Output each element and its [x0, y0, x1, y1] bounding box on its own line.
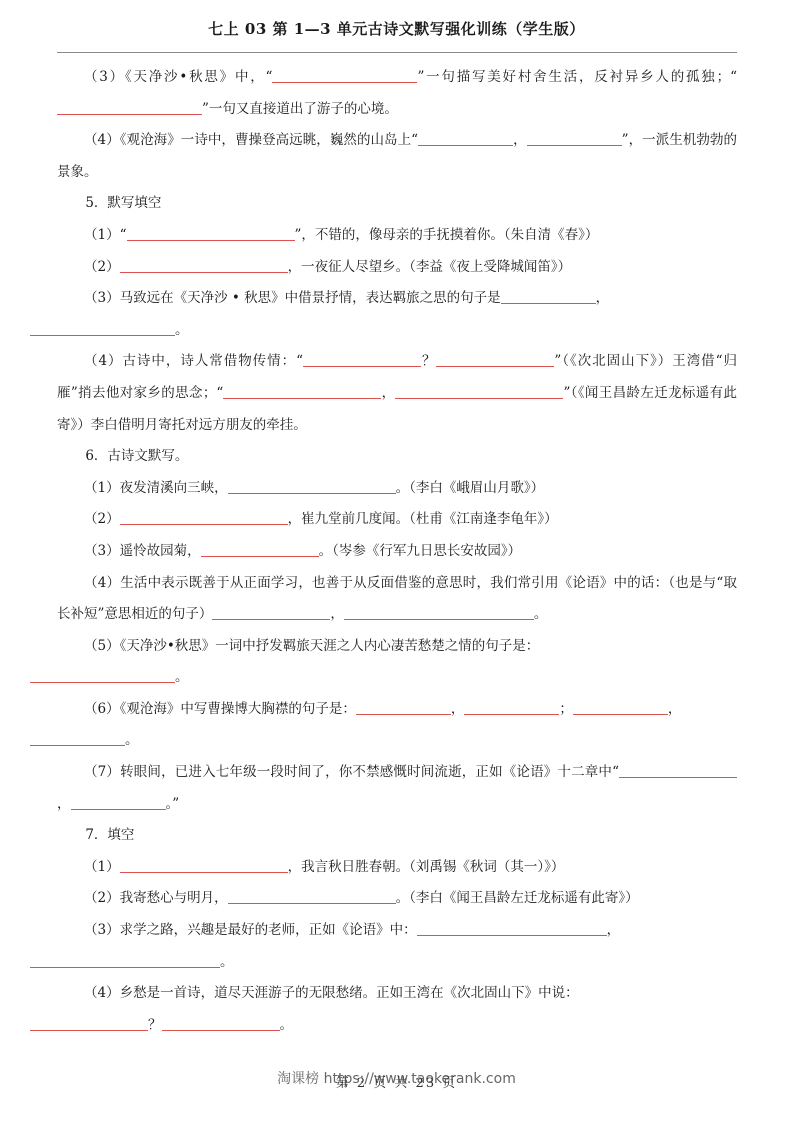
answer-blank[interactable]: [272, 69, 417, 84]
question-5-3: （3）马致远在《天净沙 • 秋思》中借景抒情，表达羁旅之思的句子是，。: [57, 283, 737, 346]
page-number: 第 2 页 共 23 页: [0, 1072, 793, 1091]
answer-blank[interactable]: [30, 669, 175, 684]
question-text: （2）: [84, 259, 120, 275]
question-text: ，: [668, 701, 682, 717]
question-text: ？: [421, 353, 436, 369]
answer-blank[interactable]: [464, 700, 559, 715]
question-7-4: （4）乡愁是一首诗，道尽天涯游子的无限愁绪。正如王湾在《次北固山下》中说：？。: [57, 978, 737, 1041]
answer-blank[interactable]: [120, 858, 288, 873]
question-text: （2）: [84, 511, 120, 527]
question-text: （1）夜发清溪向三峡，: [84, 480, 228, 496]
question-text: ，: [57, 796, 71, 812]
question-text: 。: [125, 732, 139, 748]
question-5-1: （1）“”，不错的，像母亲的手抚摸着你。（朱自清《春》）: [57, 220, 737, 252]
question-7-2: （2）我寄愁心与明月，。（李白《闻王昌龄左迁龙标遥有此寄》）: [57, 883, 737, 915]
question-text: （7）转眼间，已进入七年级一段时间了，你不禁感慨时间流逝，正如《论语》十二章中“: [84, 764, 619, 780]
question-text: ，: [513, 132, 527, 148]
question-text: 。: [220, 954, 234, 970]
answer-blank[interactable]: [501, 290, 596, 305]
answer-blank[interactable]: [356, 700, 451, 715]
question-text: ，: [596, 290, 610, 306]
question-4-3: （3）《天净沙•秋思》中，“”一句描写美好村舍生活，反衬异乡人的孤独；“”一句又…: [57, 62, 737, 125]
answer-blank[interactable]: [228, 479, 396, 494]
answer-blank[interactable]: [212, 606, 330, 621]
question-text: （1）: [84, 859, 120, 875]
answer-blank[interactable]: [127, 226, 295, 241]
question-text: 。: [175, 322, 189, 338]
question-7-3: （3）求学之路，兴趣是最好的老师，正如《论语》中：，。: [57, 915, 737, 978]
section-5-heading: 5．默写填空: [57, 188, 737, 220]
answer-blank[interactable]: [223, 384, 381, 399]
question-text: 。（岑参《行军九日思长安故园》）: [319, 543, 522, 559]
question-7-1: （1），我言秋日胜春朝。（刘禹锡《秋词（其一）》）: [57, 852, 737, 884]
question-4-4: （4）《观沧海》一诗中，曹操登高远眺，巍然的山岛上“，”，一派生机勃勃的景象。: [57, 125, 737, 188]
question-text: ，一夜征人尽望乡。（李益《夜上受降城闻笛》）: [288, 259, 572, 275]
question-text: （4）《观沧海》一诗中，曹操登高远眺，巍然的山岛上“: [84, 132, 418, 148]
answer-blank[interactable]: [201, 542, 319, 557]
answer-blank[interactable]: [417, 922, 607, 937]
question-text: （3）求学之路，兴趣是最好的老师，正如《论语》中：: [84, 922, 417, 938]
question-6-6: （6）《观沧海》中写曹操博大胸襟的句子是：，；，。: [57, 694, 737, 757]
question-6-1: （1）夜发清溪向三峡，。（李白《峨眉山月歌》）: [57, 473, 737, 505]
answer-blank[interactable]: [30, 732, 125, 747]
answer-blank[interactable]: [527, 132, 622, 147]
question-5-2: （2），一夜征人尽望乡。（李益《夜上受降城闻笛》）: [57, 252, 737, 284]
question-text: 。: [280, 1017, 294, 1033]
question-text: ”一句描写美好村舍生活，反衬异乡人的孤独；“: [417, 69, 737, 85]
question-6-2: （2），崔九堂前几度闻。（杜甫《江南逢李龟年》）: [57, 504, 737, 536]
question-text: （3）马致远在《天净沙 • 秋思》中借景抒情，表达羁旅之思的句子是: [84, 290, 501, 306]
question-text: ，我言秋日胜春朝。（刘禹锡《秋词（其一）》）: [288, 859, 565, 875]
answer-blank[interactable]: [418, 132, 513, 147]
question-text: 。”: [166, 796, 180, 812]
question-6-7: （7）转眼间，已进入七年级一段时间了，你不禁感慨时间流逝，正如《论语》十二章中“…: [57, 757, 737, 820]
answer-blank[interactable]: [30, 1016, 148, 1031]
question-6-4: （4）生活中表示既善于从正面学习，也善于从反面借鉴的意思时，我们常引用《论语》中…: [57, 568, 737, 631]
question-6-5: （5）《天净沙•秋思》一词中抒发羁旅天涯之人内心凄苦愁楚之情的句子是：。: [57, 631, 737, 694]
answer-blank[interactable]: [120, 511, 288, 526]
section-7-heading: 7．填空: [57, 820, 737, 852]
question-text: ，崔九堂前几度闻。（杜甫《江南逢李龟年》）: [288, 511, 558, 527]
answer-blank[interactable]: [303, 353, 421, 368]
answer-blank[interactable]: [344, 606, 534, 621]
header-divider: [57, 52, 737, 53]
question-text: （5）《天净沙•秋思》一词中抒发羁旅天涯之人内心凄苦愁楚之情的句子是：: [84, 638, 539, 654]
question-text: ；: [559, 701, 573, 717]
question-text: （3）遥怜故园菊，: [84, 543, 201, 559]
answer-blank[interactable]: [30, 321, 175, 336]
page-footer: 淘课榜 https://www.taokerank.com 第 2 页 共 23…: [0, 1068, 793, 1092]
question-text: ？: [148, 1017, 162, 1033]
question-text: （3）《天净沙•秋思》中，“: [84, 69, 272, 85]
question-text: 。（李白《闻王昌龄左迁龙标遥有此寄》）: [396, 890, 639, 906]
question-text: （6）《观沧海》中写曹操博大胸襟的句子是：: [84, 701, 356, 717]
question-text: （4）古诗中，诗人常借物传情：“: [84, 353, 303, 369]
answer-blank[interactable]: [619, 764, 737, 779]
answer-blank[interactable]: [436, 353, 554, 368]
question-text: ，: [330, 606, 344, 622]
question-text: 。: [534, 606, 548, 622]
question-text: 。（李白《峨眉山月歌》）: [396, 480, 545, 496]
question-text: ，: [381, 385, 395, 401]
question-text: （4）乡愁是一首诗，道尽天涯游子的无限愁绪。正如王湾在《次北固山下》中说：: [84, 985, 579, 1001]
question-text: ，: [451, 701, 465, 717]
answer-blank[interactable]: [71, 795, 166, 810]
document-body: （3）《天净沙•秋思》中，“”一句描写美好村舍生活，反衬异乡人的孤独；“”一句又…: [57, 62, 737, 1041]
question-text: （1）“: [84, 227, 127, 243]
document-title: 七上 03 第 1—3 单元古诗文默写强化训练（学生版）: [0, 18, 793, 39]
answer-blank[interactable]: [120, 258, 288, 273]
section-6-heading: 6．古诗文默写。: [57, 441, 737, 473]
answer-blank[interactable]: [395, 384, 563, 399]
answer-blank[interactable]: [228, 890, 396, 905]
question-5-4: （4）古诗中，诗人常借物传情：“？”（《次北固山下》）王湾借“归雁”捎去他对家乡…: [57, 346, 737, 441]
question-6-3: （3）遥怜故园菊，。（岑参《行军九日思长安故园》）: [57, 536, 737, 568]
question-text: （2）我寄愁心与明月，: [84, 890, 228, 906]
question-text: 。: [175, 669, 189, 685]
question-text: ，: [607, 922, 621, 938]
answer-blank[interactable]: [57, 100, 202, 115]
answer-blank[interactable]: [573, 700, 668, 715]
question-text: ”，不错的，像母亲的手抚摸着你。（朱自清《春》）: [295, 227, 599, 243]
answer-blank[interactable]: [162, 1016, 280, 1031]
question-text: ”一句又直接道出了游子的心境。: [202, 101, 398, 117]
answer-blank[interactable]: [30, 953, 220, 968]
